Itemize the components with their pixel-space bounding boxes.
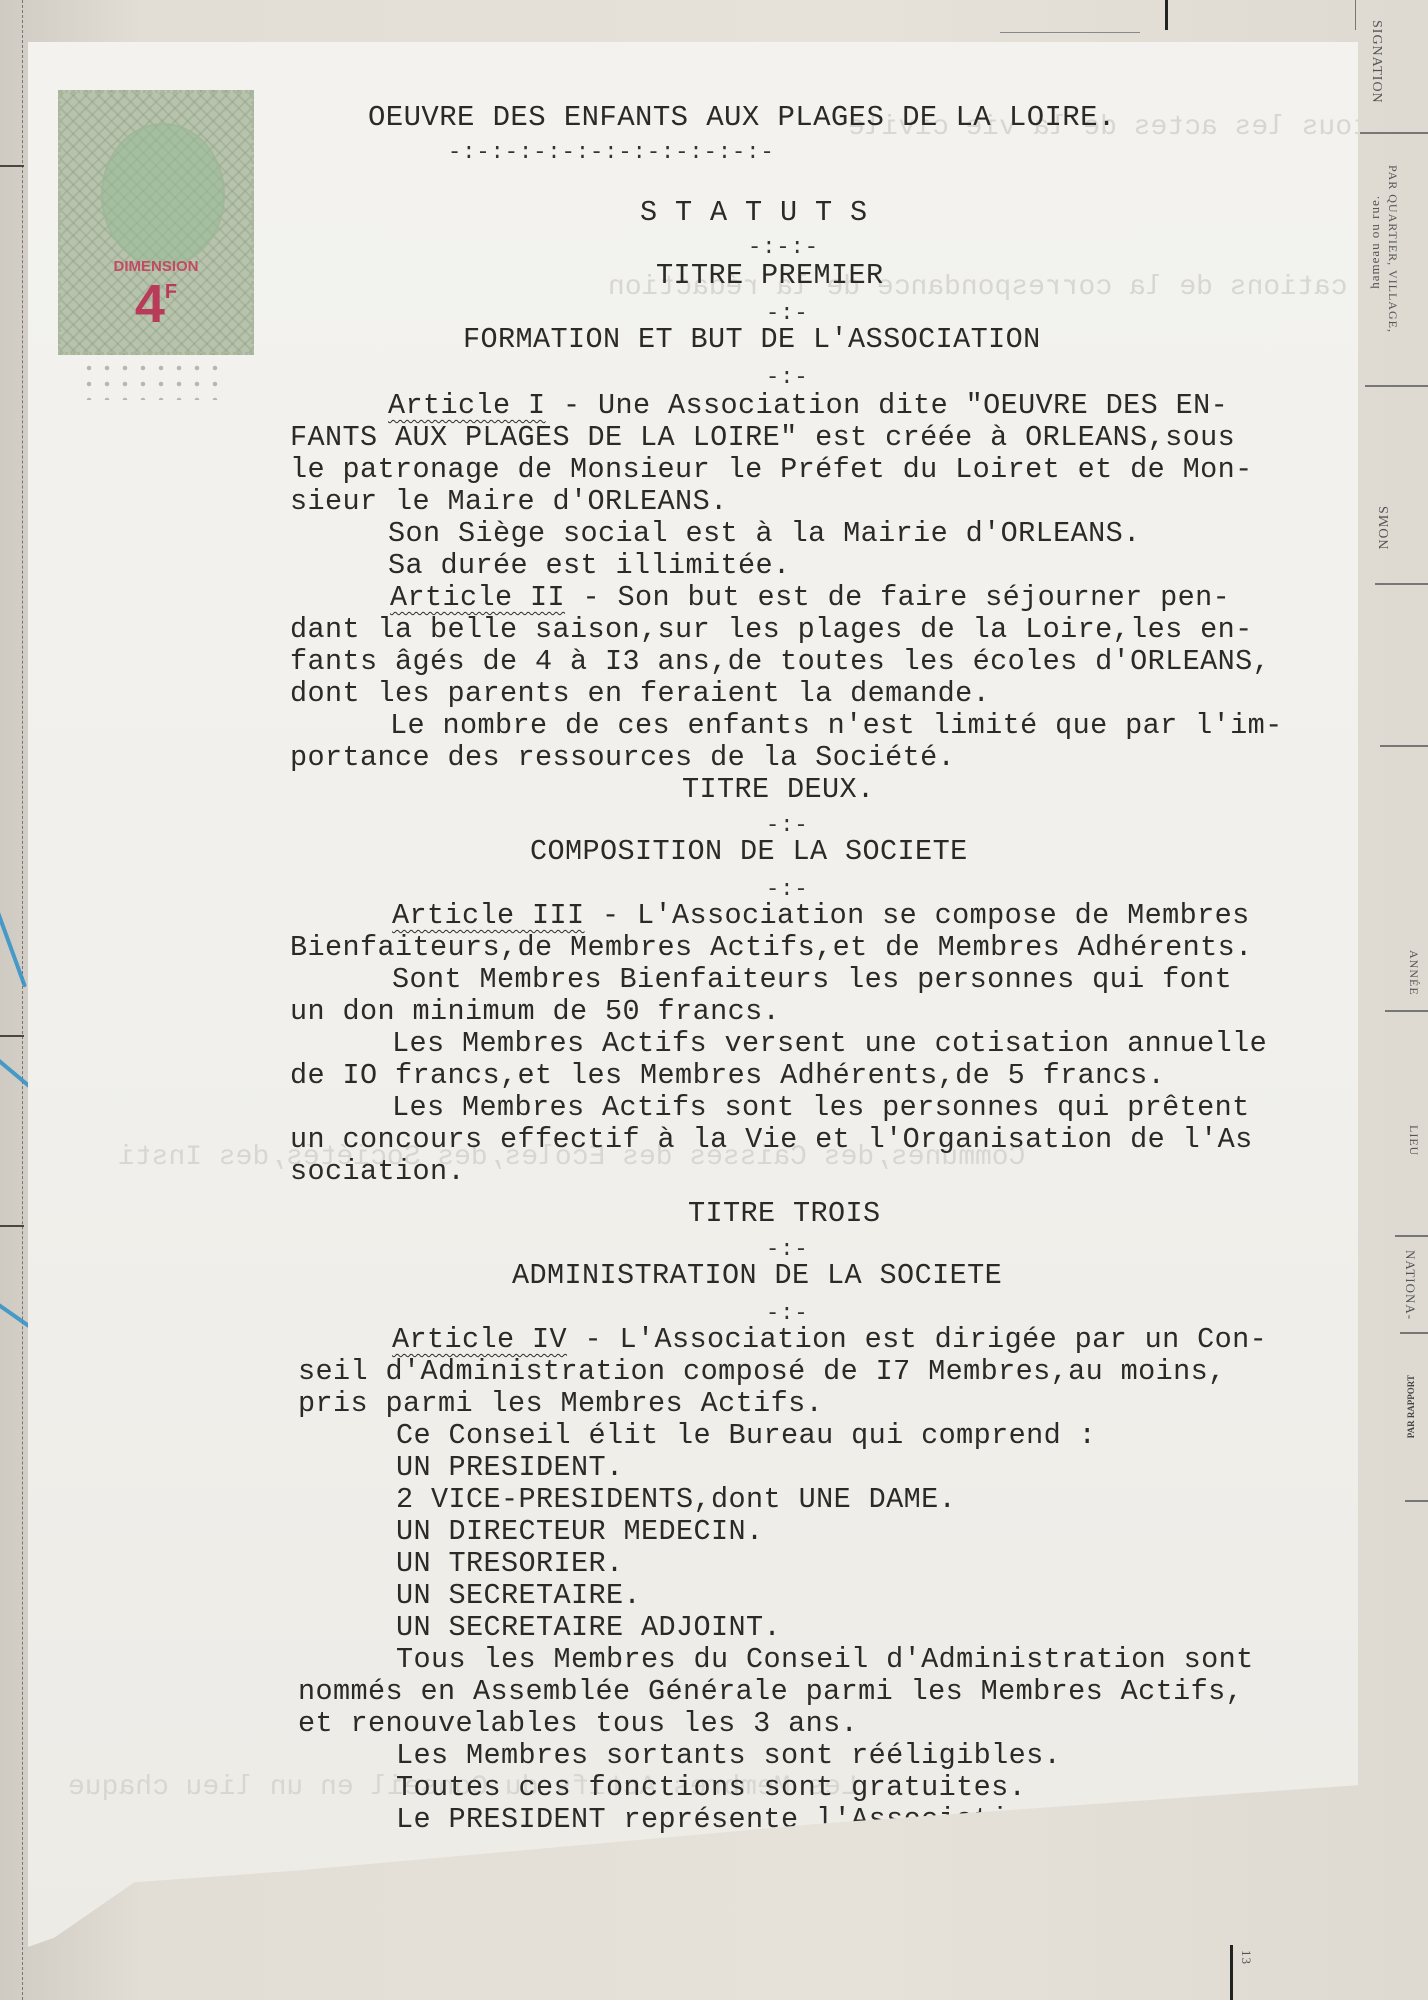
article-4-line: nommés en Assemblée Générale parmi les M… [298, 1676, 1243, 1708]
statuts-heading: S T A T U T S [640, 197, 868, 229]
article-2-line: fants âgés de 4 à I3 ans,de toutes les é… [290, 646, 1270, 678]
article-3-line: Bienfaiteurs,de Membres Actifs,et de Mem… [290, 932, 1253, 964]
register-divider [1360, 132, 1428, 134]
register-column-line [1230, 1945, 1233, 2000]
article-1-line: FANTS AUX PLAGES DE LA LOIRE" est créée … [290, 422, 1235, 454]
article-4-line: seil d'Administration composé de I7 Memb… [298, 1356, 1226, 1388]
article-3-line: un don minimum de 50 francs. [290, 996, 780, 1028]
bureau-secretaire: UN SECRETAIRE. [396, 1580, 641, 1612]
article-4-first-line: Article IV - L'Association est dirigée p… [392, 1324, 1267, 1356]
section-3-subtitle: ADMINISTRATION DE LA SOCIETE [512, 1260, 1002, 1292]
bureau-secretaire-adjoint: UN SECRETAIRE ADJOINT. [396, 1612, 781, 1644]
article-4-line: pris parmi les Membres Actifs. [298, 1388, 823, 1420]
bureau-directeur-medecin: UN DIRECTEUR MEDECIN. [396, 1516, 764, 1548]
article-4-line: Ce Conseil élit le Bureau qui comprend : [396, 1420, 1096, 1452]
typed-statutes-sheet: dans tous les actes de la vie civile cat… [28, 42, 1358, 1947]
register-label-noms: NOMS [1377, 505, 1393, 549]
register-row-line [0, 165, 24, 167]
article-4-line: Les Membres sortants sont rééligibles. [396, 1740, 1061, 1772]
register-divider [1400, 1332, 1428, 1334]
stamp-value-unit: F [165, 281, 177, 303]
register-label-annee: ANNÉE [1406, 950, 1421, 996]
article-2-line: portance des ressources de la Société. [290, 742, 955, 774]
document-title: OEUVRE DES ENFANTS AUX PLAGES DE LA LOIR… [368, 102, 1116, 134]
article-4-text: - L'Association est dirigée par un Con- [567, 1323, 1267, 1356]
article-1-first-line: Article I - Une Association dite "OEUVRE… [388, 390, 1228, 422]
register-label-lieu: LIEU [1406, 1125, 1421, 1156]
register-row-line [1000, 32, 1140, 33]
register-row-line [0, 1035, 24, 1037]
article-3-line: de IO francs,et les Membres Adhérents,de… [290, 1060, 1165, 1092]
stamp-value-number: 4 [135, 274, 165, 334]
article-3-line: sociation. [290, 1156, 465, 1188]
article-2-line: dant la belle saison,sur les plages de l… [290, 614, 1253, 646]
register-divider [1380, 745, 1428, 747]
article-2-first-line: Article II - Son but est de faire séjour… [390, 582, 1230, 614]
article-1-text: - Une Association dite "OEUVRE DES EN- [546, 389, 1229, 422]
article-4-line: et renouvelables tous les 3 ans. [298, 1708, 858, 1740]
bureau-vice-presidents: 2 VICE-PRESIDENTS,dont UNE DAME. [396, 1484, 956, 1516]
perforation-marks [80, 360, 220, 400]
article-1-line: sieur le Maire d'ORLEANS. [290, 486, 728, 518]
article-1-line: le patronage de Monsieur le Préfet du Lo… [290, 454, 1253, 486]
article-3-line: un concours effectif à la Vie et l'Organ… [290, 1124, 1253, 1156]
register-row-line [0, 1225, 24, 1227]
article-1-line: Son Siège social est à la Mairie d'ORLEA… [388, 518, 1141, 550]
article-4-line: Toutes ces fonctions sont gratuites. [396, 1772, 1026, 1804]
register-column-line [1165, 0, 1168, 30]
register-divider [1375, 583, 1428, 585]
article-3-line: Les Membres Actifs versent une cotisatio… [392, 1028, 1267, 1060]
register-page-number: 13 [1238, 1950, 1254, 1965]
article-3-label: Article III [392, 899, 585, 932]
article-1-line: Sa durée est illimitée. [388, 550, 791, 582]
article-3-first-line: Article III - L'Association se compose d… [392, 900, 1250, 932]
article-3-line: Les Membres Actifs sont les personnes qu… [392, 1092, 1250, 1124]
article-3-line: Sont Membres Bienfaiteurs les personnes … [392, 964, 1232, 996]
register-label-nationalite: NATIONA- [1402, 1250, 1418, 1320]
article-2-line: Le nombre de ces enfants n'est limité qu… [390, 710, 1283, 742]
section-2-subtitle: COMPOSITION DE LA SOCIETE [530, 836, 968, 868]
stamp-value: 4F [61, 273, 251, 335]
register-label-par-rapport: PAR RAPPORT [1406, 1375, 1416, 1438]
revenue-stamp: DIMENSION 4F [58, 90, 254, 355]
article-4-label: Article IV [392, 1323, 567, 1356]
titre-premier: TITRE PREMIER [656, 260, 884, 292]
register-column-line [1355, 0, 1356, 30]
register-label-signation: SIGNATION [1368, 20, 1384, 104]
article-3-text: - L'Association se compose de Membres [585, 899, 1250, 932]
article-2-line: dont les parents en feraient la demande. [290, 678, 990, 710]
article-2-label: Article II [390, 581, 565, 614]
article-2-text: - Son but est de faire séjourner pen- [565, 581, 1230, 614]
titre-trois: TITRE TROIS [688, 1198, 881, 1230]
stamp-portrait-oval [101, 123, 225, 267]
register-label-hameau: hameau ou rue. [1367, 195, 1383, 289]
register-divider [1385, 1010, 1428, 1012]
section-1-subtitle: FORMATION ET BUT DE L'ASSOCIATION [463, 324, 1041, 356]
register-divider [1365, 385, 1428, 387]
article-4-line: Tous les Membres du Conseil d'Administra… [396, 1644, 1254, 1676]
register-divider [1405, 1500, 1428, 1502]
bureau-tresorier: UN TRESORIER. [396, 1548, 624, 1580]
titre-deux: TITRE DEUX. [682, 774, 875, 806]
register-divider [1395, 1235, 1428, 1237]
blue-pencil-mark [0, 1291, 32, 1329]
register-column-line [22, 0, 24, 2000]
register-label-par-quartier: PAR QUARTIER, VILLAGE, [1385, 165, 1400, 333]
title-separator: -:-:-:-:-:-:-:-:-:-:-:- [448, 137, 775, 169]
bureau-president: UN PRESIDENT. [396, 1452, 624, 1484]
article-1-label: Article I [388, 389, 546, 422]
